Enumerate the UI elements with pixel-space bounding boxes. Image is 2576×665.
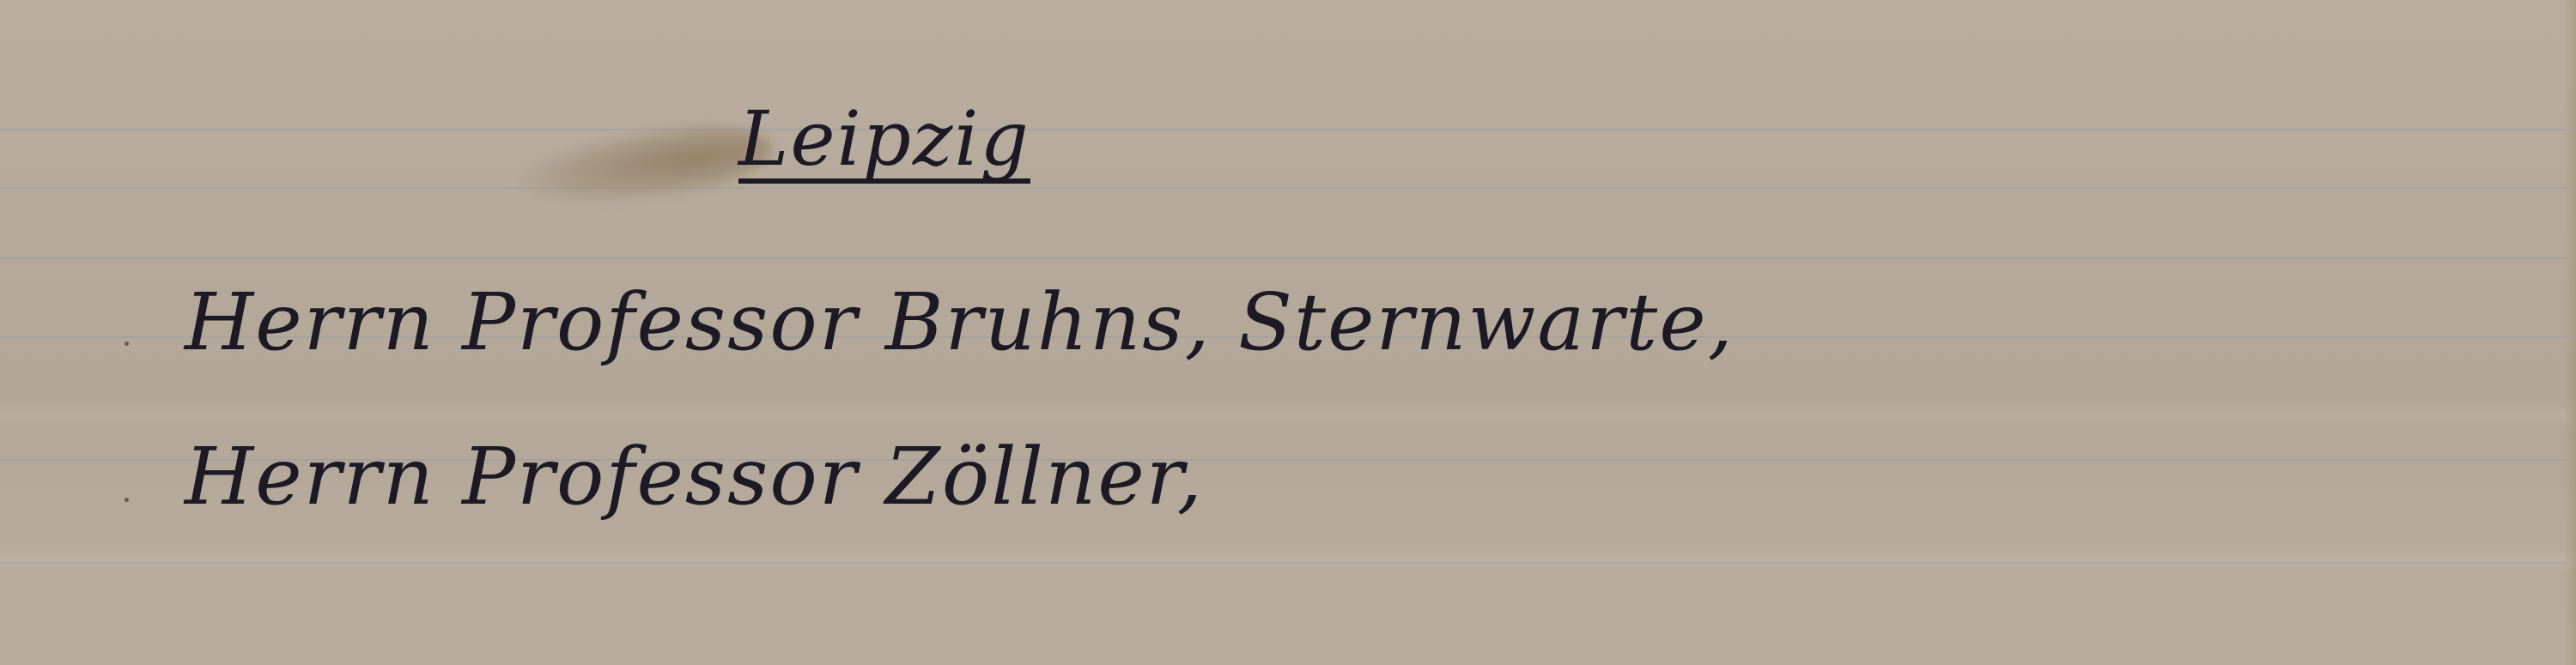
letter-page: Leipzig Herrn Professor Bruhns, Sternwar… — [0, 0, 2576, 665]
ruled-line — [0, 129, 2567, 130]
paper-fold — [0, 549, 2576, 573]
ruled-line — [0, 187, 2567, 189]
ink-smudge — [512, 112, 777, 220]
ruled-line — [0, 257, 2567, 259]
paper-edge — [2564, 0, 2576, 665]
margin-dot — [125, 498, 129, 502]
margin-dot — [125, 342, 129, 346]
address-line-1: Herrn Professor Bruhns, Sternwarte, — [185, 283, 1735, 362]
paper-fold — [0, 403, 2576, 427]
address-line-2: Herrn Professor Zöllner, — [185, 438, 1204, 517]
place-heading: Leipzig — [738, 101, 1030, 184]
